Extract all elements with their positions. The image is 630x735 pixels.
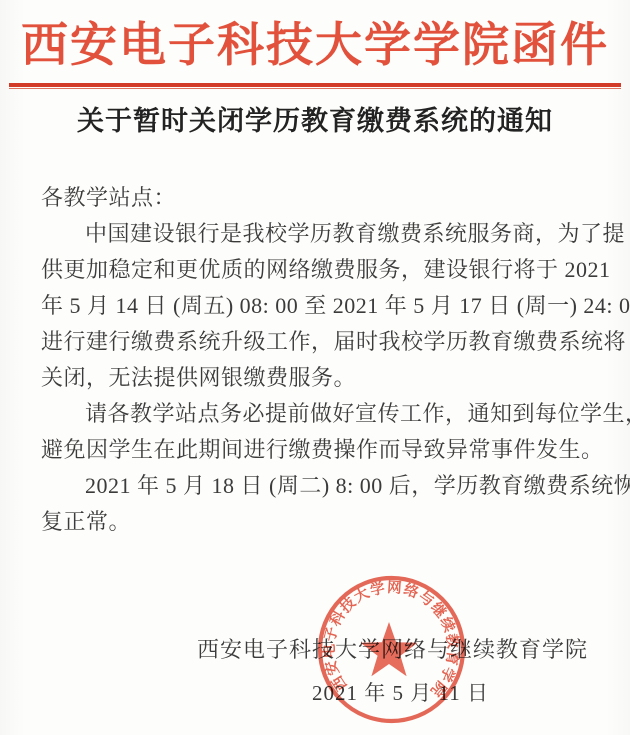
body-line: 供更加稳定和更优质的网络缴费服务，建设银行将于 2021 <box>41 252 592 288</box>
scanned-letter-page: 西安电子科技大学学院函件 关于暂时关闭学历教育缴费系统的通知 各教学站点：中国建… <box>0 0 630 735</box>
seal-star-icon <box>361 622 418 676</box>
notice-body: 各教学站点：中国建设银行是我校学历教育缴费系统服务商，为了提供更加稳定和更优质的… <box>41 180 592 540</box>
body-line: 复正常。 <box>41 504 592 540</box>
divider-thin-line <box>9 88 621 89</box>
body-line: 进行建行缴费系统升级工作，届时我校学历教育缴费系统将 <box>41 324 592 360</box>
body-line: 各教学站点： <box>41 180 592 216</box>
official-red-seal: 西安电子科技大学网络与继续教育学院 <box>308 568 478 735</box>
body-line: 年 5 月 14 日 (周五) 08: 00 至 2021 年 5 月 17 日… <box>41 288 592 324</box>
body-line: 2021 年 5 月 18 日 (周二) 8: 00 后，学历教育缴费系统恢 <box>41 468 592 504</box>
divider-thick-line <box>9 83 621 87</box>
body-line: 请各教学站点务必提前做好宣传工作，通知到每位学生， <box>41 396 592 432</box>
notice-title: 关于暂时关闭学历教育缴费系统的通知 <box>0 99 630 138</box>
letterhead-title: 西安电子科技大学学院函件 <box>0 8 630 75</box>
letterhead-divider-rule <box>9 83 621 90</box>
body-line: 中国建设银行是我校学历教育缴费系统服务商，为了提 <box>41 216 592 252</box>
body-line: 关闭，无法提供网银缴费服务。 <box>41 360 592 396</box>
body-line: 避免因学生在此期间进行缴费操作而导致异常事件发生。 <box>41 432 592 468</box>
